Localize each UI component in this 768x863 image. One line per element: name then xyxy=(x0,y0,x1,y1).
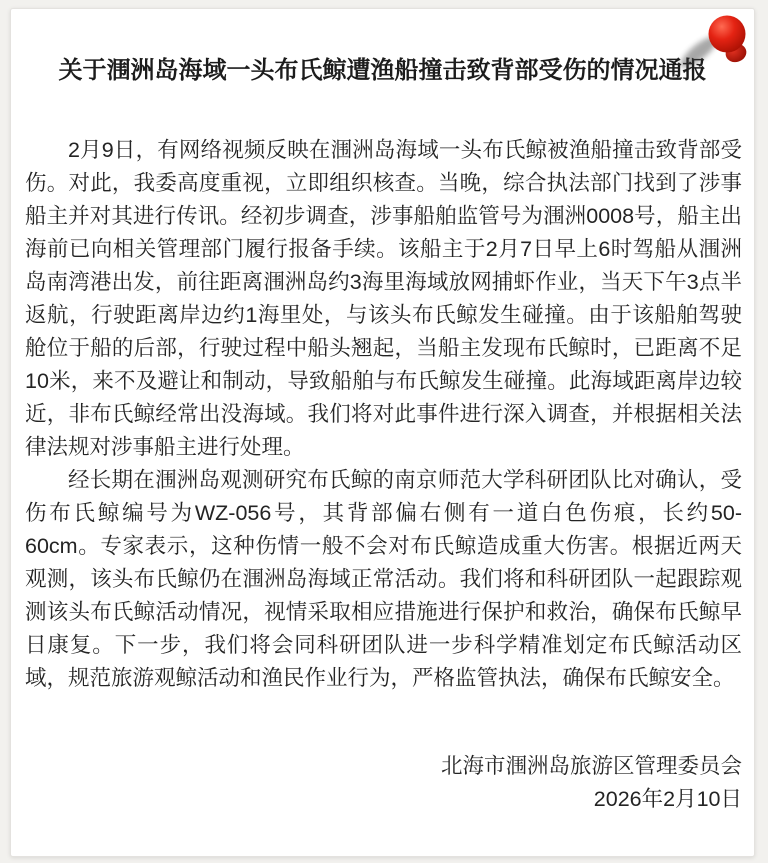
notice-paragraph-1: 2月9日，有网络视频反映在涠洲岛海域一头布氏鲸被渔船撞击致背部受伤。对此，我委高… xyxy=(25,134,742,464)
notice-paragraph-2: 经长期在涠洲岛观测研究布氏鲸的南京师范大学科研团队比对确认，受伤布氏鲸编号为WZ… xyxy=(25,464,742,695)
signature-block: 北海市涠洲岛旅游区管理委员会 2026年2月10日 xyxy=(11,750,742,816)
notice-card: 关于涠洲岛海域一头布氏鲸遭渔船撞击致背部受伤的情况通报 2月9日，有网络视频反映… xyxy=(10,8,755,857)
signature-date: 2026年2月10日 xyxy=(11,783,742,816)
notice-body: 2月9日，有网络视频反映在涠洲岛海域一头布氏鲸被渔船撞击致背部受伤。对此，我委高… xyxy=(25,134,742,695)
signature-organization: 北海市涠洲岛旅游区管理委员会 xyxy=(11,750,742,783)
notice-title: 关于涠洲岛海域一头布氏鲸遭渔船撞击致背部受伤的情况通报 xyxy=(31,55,734,87)
